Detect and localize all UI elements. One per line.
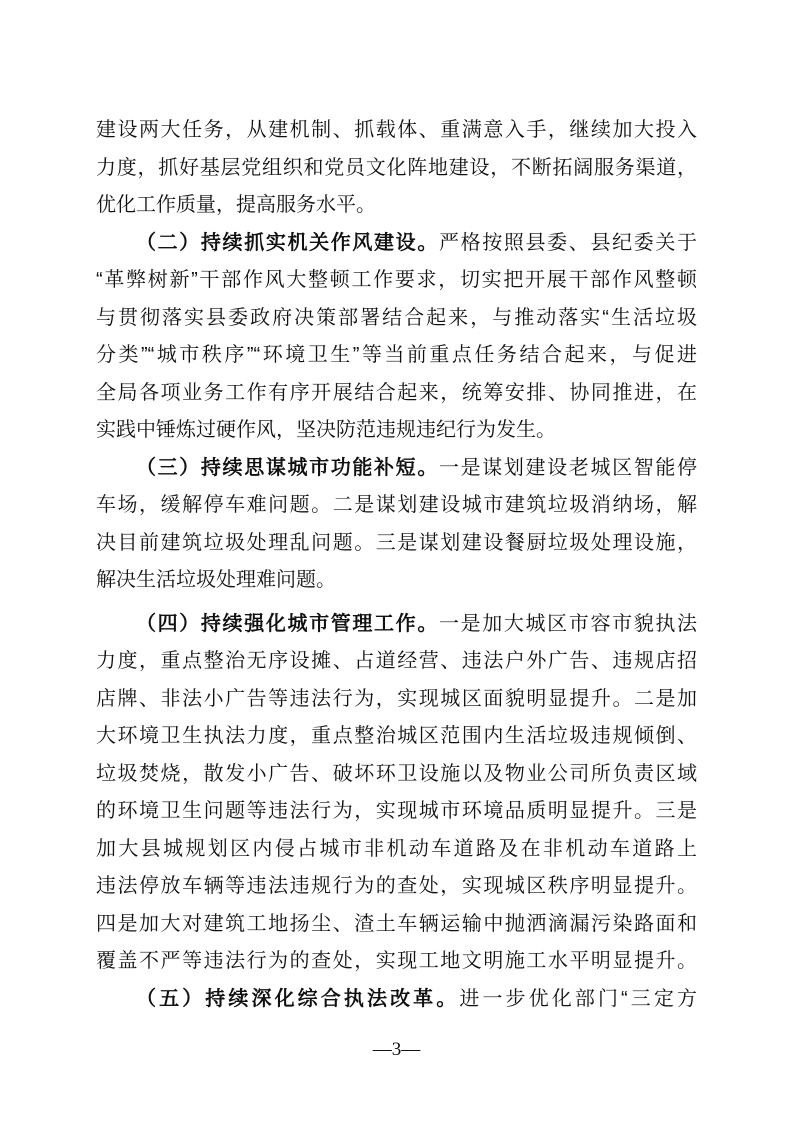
text-line: 垃圾焚烧，散发小广告、破坏环卫设施以及物业公司所负责区域: [96, 756, 697, 794]
paragraph: （三）持续思谋城市功能补短。一是谋划建设老城区智能停车场，缓解停车难问题。二是谋…: [96, 450, 697, 600]
text-line: （三）持续思谋城市功能补短。一是谋划建设老城区智能停: [96, 450, 697, 488]
text-line: 违法停放车辆等违法违规行为的查处，实现城区秩序明显提升。: [96, 868, 697, 906]
text-line: 分类”“城市秩序”“环境卫生”等当前重点任务结合起来，与促进: [96, 337, 697, 375]
text-line: “革弊树新”干部作风大整顿工作要求，切实把开展干部作风整顿: [96, 262, 697, 300]
text-line: （四）持续强化城市管理工作。一是加大城区市容市貌执法: [96, 606, 697, 644]
text-line: 力度，重点整治无序设摊、占道经营、违法户外广告、违规店招: [96, 643, 697, 681]
text-line: 建设两大任务，从建机制、抓载体、重满意入手，继续加大投入: [96, 112, 697, 150]
paragraph: （二）持续抓实机关作风建设。严格按照县委、县纪委关于“革弊树新”干部作风大整顿工…: [96, 225, 697, 450]
text-line: 四是加大对建筑工地扬尘、渣土车辆运输中抛洒滴漏污染路面和: [96, 906, 697, 944]
paragraph-text: 一是谋划建设老城区智能停: [439, 457, 697, 479]
text-line: （五）持续深化综合执法改革。进一步优化部门“三定方: [96, 981, 697, 1019]
text-line: 加大县城规划区内侵占城市非机动车道路及在非机动车道路上: [96, 831, 697, 869]
paragraph-heading: （二）持续抓实机关作风建设。: [136, 232, 439, 254]
paragraph-heading: （三）持续思谋城市功能补短。: [136, 457, 439, 479]
document-body: 建设两大任务，从建机制、抓载体、重满意入手，继续加大投入力度，抓好基层党组织和党…: [96, 112, 697, 1018]
text-line: 车场，缓解停车难问题。二是谋划建设城市建筑垃圾消纳场，解: [96, 487, 697, 525]
paragraph: 建设两大任务，从建机制、抓载体、重满意入手，继续加大投入力度，抓好基层党组织和党…: [96, 112, 697, 225]
text-line: 力度，抓好基层党组织和党员文化阵地建设，不断拓阔服务渠道，: [96, 150, 697, 188]
paragraph: （五）持续深化综合执法改革。进一步优化部门“三定方: [96, 981, 697, 1019]
text-line: （二）持续抓实机关作风建设。严格按照县委、县纪委关于: [96, 225, 697, 263]
paragraph-heading: （五）持续深化综合执法改革。: [136, 988, 459, 1010]
text-line: 的环境卫生问题等违法行为，实现城市环境品质明显提升。三是: [96, 793, 697, 831]
text-line: 大环境卫生执法力度，重点整治城区范围内生活垃圾违规倾倒、: [96, 718, 697, 756]
text-line: 决目前建筑垃圾处理乱问题。三是谋划建设餐厨垃圾处理设施，: [96, 525, 697, 563]
document-page: 建设两大任务，从建机制、抓载体、重满意入手，继续加大投入力度，抓好基层党组织和党…: [0, 0, 793, 1122]
text-line: 优化工作质量，提高服务水平。: [96, 187, 697, 225]
paragraph-text: 进一步优化部门“三定方: [459, 988, 697, 1010]
paragraph-heading: （四）持续强化城市管理工作。: [136, 613, 439, 635]
text-line: 与贯彻落实县委政府决策部署结合起来，与推动落实“生活垃圾: [96, 300, 697, 338]
paragraph-text: 严格按照县委、县纪委关于: [439, 232, 697, 254]
text-line: 覆盖不严等违法行为的查处，实现工地文明施工水平明显提升。: [96, 943, 697, 981]
text-line: 全局各项业务工作有序开展结合起来，统筹安排、协同推进，在: [96, 375, 697, 413]
text-line: 店牌、非法小广告等违法行为，实现城区面貌明显提升。二是加: [96, 681, 697, 719]
page-number: —3—: [0, 1036, 793, 1064]
paragraph-text: 一是加大城区市容市貌执法: [439, 613, 697, 635]
paragraph: （四）持续强化城市管理工作。一是加大城区市容市貌执法力度，重点整治无序设摊、占道…: [96, 606, 697, 981]
text-line: 实践中锤炼过硬作风，坚决防范违规违纪行为发生。: [96, 412, 697, 450]
text-line: 解决生活垃圾处理难问题。: [96, 562, 697, 600]
